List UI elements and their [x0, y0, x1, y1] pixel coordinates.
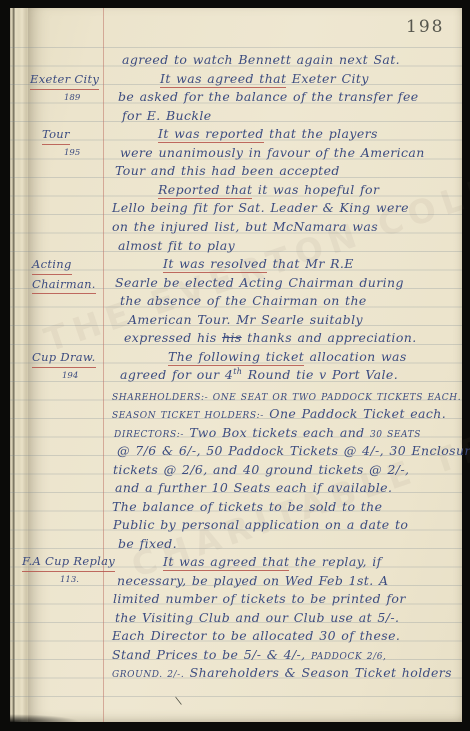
manuscript-text-segment: be asked for the balance of the transfer…: [118, 89, 419, 104]
manuscript-text-segment: Two Box tickets each and: [184, 425, 370, 440]
manuscript-line: be fixed.: [118, 536, 177, 555]
manuscript-text-segment: that the players: [264, 126, 378, 141]
manuscript-text-segment: Each Director to be allocated 30 of thes…: [112, 628, 400, 643]
manuscript-line: Each Director to be allocated 30 of thes…: [112, 628, 400, 647]
manuscript-line: agreed to watch Bennett again next Sat.: [122, 52, 400, 71]
manuscript-text-segment: agreed for our 4: [120, 367, 233, 382]
manuscript-text-segment: were unanimously in favour of the Americ…: [120, 145, 425, 160]
manuscript-line: The balance of tickets to be sold to the: [112, 499, 382, 518]
margin-heading: F.A Cup Replay113.: [22, 552, 115, 589]
manuscript-line: tickets @ 2/6, and 40 ground tickets @ 2…: [113, 462, 409, 481]
margin-heading-label: F.A Cup Replay: [22, 552, 115, 572]
manuscript-line: Tour and this had been accepted: [115, 163, 340, 182]
manuscript-line: Searle be elected Acting Chairman during: [115, 275, 404, 294]
manuscript-text-segment: the Visiting Club and our Club use at 5/…: [115, 610, 399, 625]
margin-heading-label: Exeter City: [30, 70, 99, 90]
manuscript-text-segment: Searle be elected Acting Chairman during: [115, 275, 404, 290]
manuscript-line: be asked for the balance of the transfer…: [118, 89, 419, 108]
manuscript-text-segment: limited number of tickets to be printed …: [113, 591, 406, 606]
manuscript-text-segment: It was reported: [158, 126, 264, 143]
manuscript-line: agreed for our 4th Round tie v Port Vale…: [120, 367, 398, 386]
manuscript-text-segment: PADDOCK 2/6,: [311, 652, 387, 662]
manuscript-line: Public by personal application on a date…: [113, 517, 408, 536]
manuscript-line: @ 7/6 & 6/-, 50 Paddock Tickets @ 4/-, 3…: [117, 443, 470, 462]
manuscript-line: It was reported that the players: [158, 126, 378, 145]
manuscript-text-segment: expressed his: [124, 330, 222, 345]
margin-heading-label: Acting: [32, 255, 72, 275]
manuscript-text-segment: Lello being fit for Sat. Leader & King w…: [112, 200, 409, 215]
manuscript-text-segment: his: [222, 330, 242, 345]
minute-number: 113.: [60, 572, 79, 589]
manuscript-text-segment: allocation was: [304, 349, 407, 364]
manuscript-line: Lello being fit for Sat. Leader & King w…: [112, 200, 409, 219]
manuscript-line: Reported that it was hopeful for: [158, 182, 379, 201]
manuscript-text-segment: Public by personal application on a date…: [113, 517, 408, 532]
manuscript-text-segment: for E. Buckle: [122, 108, 212, 123]
manuscript-line: DIRECTORS:- Two Box tickets each and 30 …: [114, 425, 421, 444]
page-number: 198: [406, 17, 444, 37]
manuscript-text-segment: Reported that: [158, 182, 252, 199]
manuscript-text-segment: be fixed.: [118, 536, 177, 551]
manuscript-text-segment: almost fit to play: [118, 238, 235, 253]
manuscript-text-segment: One Paddock Ticket each.: [264, 406, 446, 421]
manuscript-text-segment: Stand Prices to be 5/- & 4/-,: [112, 647, 311, 662]
manuscript-text-segment: @ 7/6 & 6/-, 50 Paddock Tickets @ 4/-, 3…: [117, 443, 470, 458]
manuscript-line: SHAREHOLDERS:- ONE SEAT OR TWO PADDOCK T…: [112, 388, 461, 407]
manuscript-line: It was agreed that the replay, if: [163, 554, 382, 573]
manuscript-line: Stand Prices to be 5/- & 4/-, PADDOCK 2/…: [112, 647, 387, 666]
manuscript-text-segment: The following ticket: [168, 349, 304, 366]
margin-heading-label: Chairman.: [32, 275, 96, 295]
manuscript-line: GROUND. 2/-. Shareholders & Season Ticke…: [112, 665, 452, 684]
manuscript-line: necessary, be played on Wed Feb 1st. A: [117, 573, 388, 592]
manuscript-text-segment: It was resolved: [163, 256, 267, 273]
manuscript-text-segment: agreed to watch Bennett again next Sat.: [122, 52, 400, 67]
manuscript-line: the Visiting Club and our Club use at 5/…: [115, 610, 399, 629]
margin-heading: Exeter City189: [30, 70, 99, 107]
manuscript-text-segment: 30 SEATS: [370, 430, 421, 440]
manuscript-text-segment: thanks and appreciation.: [242, 330, 417, 345]
manuscript-text-segment: Exeter City: [286, 71, 368, 86]
manuscript-line: limited number of tickets to be printed …: [113, 591, 406, 610]
manuscript-line: American Tour. Mr Searle suitably: [128, 312, 363, 331]
minute-number: 194: [62, 368, 78, 385]
minute-number: 195: [64, 145, 80, 162]
margin-heading-label: Tour: [42, 125, 70, 145]
manuscript-text-segment: Tour and this had been accepted: [115, 163, 340, 178]
manuscript-text-segment: tickets @ 2/6, and 40 ground tickets @ 2…: [113, 462, 409, 477]
manuscript-text-segment: SEASON TICKET HOLDERS:-: [112, 411, 264, 421]
manuscript-line: for E. Buckle: [122, 108, 212, 127]
manuscript-line: the absence of the Chairman on the: [120, 293, 367, 312]
manuscript-line: expressed his his thanks and appreciatio…: [124, 330, 417, 349]
margin-heading-label: Cup Draw.: [32, 348, 96, 368]
manuscript-text-segment: American Tour. Mr Searle suitably: [128, 312, 363, 327]
margin-heading: Cup Draw.194: [32, 348, 96, 385]
manuscript-text-segment: that Mr R.E: [267, 256, 354, 271]
manuscript-text-segment: it was hopeful for: [252, 182, 379, 197]
manuscript-line: and a further 10 Seats each if available…: [115, 480, 392, 499]
minute-book-photo: THE EVERTON COLLECTION CHARITABLE TRUST …: [0, 0, 470, 731]
manuscript-line: were unanimously in favour of the Americ…: [120, 145, 425, 164]
manuscript-text-segment: the replay, if: [289, 554, 381, 569]
manuscript-text-segment: The balance of tickets to be sold to the: [112, 499, 382, 514]
manuscript-line: It was agreed that Exeter City: [160, 71, 369, 90]
page-corner-shadow: [10, 714, 80, 722]
manuscript-text-segment: SHAREHOLDERS:- ONE SEAT OR TWO PADDOCK T…: [112, 393, 461, 403]
manuscript-text-segment: on the injured list, but McNamara was: [112, 219, 378, 234]
manuscript-text-segment: and a further 10 Seats each if available…: [115, 480, 392, 495]
manuscript-line: on the injured list, but McNamara was: [112, 219, 378, 238]
manuscript-text-segment: It was agreed that: [160, 71, 286, 88]
manuscript-text-segment: Shareholders & Season Ticket holders: [184, 665, 452, 680]
manuscript-text-segment: It was agreed that: [163, 554, 289, 571]
red-margin-rule: [103, 8, 104, 722]
margin-heading: Tour195: [42, 125, 80, 162]
manuscript-text-segment: the absence of the Chairman on the: [120, 293, 367, 308]
manuscript-line: SEASON TICKET HOLDERS:- One Paddock Tick…: [112, 406, 446, 425]
manuscript-text-segment: necessary, be played on Wed Feb 1st. A: [117, 573, 388, 588]
manuscript-line: The following ticket allocation was: [168, 349, 407, 368]
manuscript-text-segment: GROUND. 2/-.: [112, 670, 184, 680]
manuscript-line: It was resolved that Mr R.E: [163, 256, 354, 275]
manuscript-text-segment: Round tie v Port Vale.: [242, 367, 398, 382]
manuscript-line: almost fit to play: [118, 238, 235, 257]
manuscript-text-segment: DIRECTORS:-: [114, 430, 184, 440]
manuscript-text-segment: th: [233, 367, 242, 376]
minute-number: 189: [64, 90, 80, 107]
margin-heading: ActingChairman.: [32, 255, 96, 294]
